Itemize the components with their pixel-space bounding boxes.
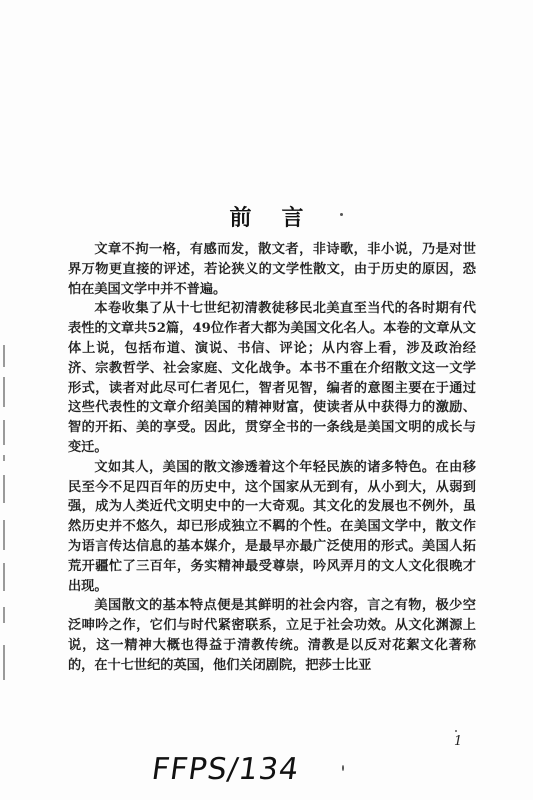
document-body: 文章不拘一格，有感而发，散文者，非诗歌，非小说，乃是对世界万物更直接的评述，若论… bbox=[68, 240, 476, 676]
paragraph: 文章不拘一格，有感而发，散文者，非诗歌，非小说，乃是对世界万物更直接的评述，若论… bbox=[68, 240, 476, 299]
page-title: 前言 bbox=[0, 201, 533, 232]
scan-speck bbox=[340, 213, 343, 216]
scan-speck bbox=[455, 730, 457, 732]
scanned-page: 前言 文章不拘一格，有感而发，散文者，非诗歌，非小说，乃是对世界万物更直接的评述… bbox=[0, 0, 533, 800]
paragraph: 文如其人，美国的散文渗透着这个年轻民族的诸多特色。在由移民至今不足四百年的历史中… bbox=[68, 458, 476, 597]
handwritten-catalog-note: FFPS/134 bbox=[150, 752, 302, 787]
page-number: 1 bbox=[454, 734, 462, 749]
binding-edge-marks bbox=[2, 345, 8, 695]
paragraph: 美国散文的基本特点便是其鲜明的社会内容，言之有物，极少空泛呻吟之作，它们与时代紧… bbox=[68, 596, 476, 675]
paragraph: 本卷收集了从十七世纪初清教徒移民北美直至当代的各时期有代表性的文章共52篇，49… bbox=[68, 299, 476, 457]
scan-speck bbox=[342, 765, 344, 771]
